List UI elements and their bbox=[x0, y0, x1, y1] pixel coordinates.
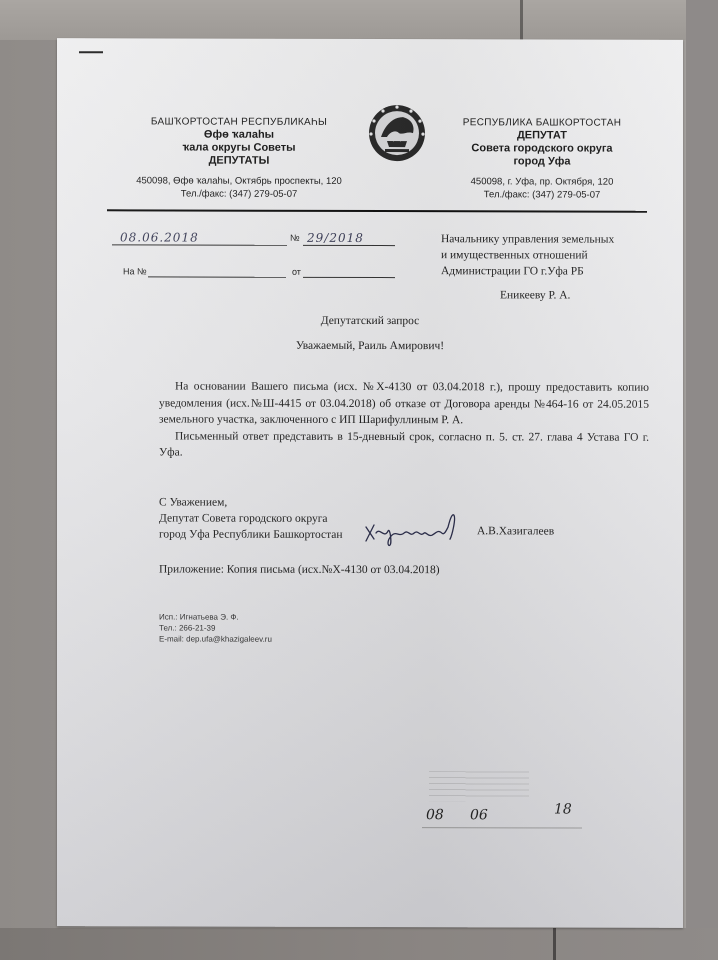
closing: С Уважением, bbox=[159, 494, 343, 510]
registration-date-field: 08.06.2018 bbox=[112, 230, 287, 245]
background-seam bbox=[520, 0, 523, 40]
addressee-line: Начальнику управления земельных bbox=[441, 231, 661, 248]
background-seam bbox=[553, 928, 556, 960]
letterhead-left-address: 450098, Өфө ҡалаһы, Октябрь проспекты, 1… bbox=[129, 174, 349, 188]
reply-to-label: На № bbox=[123, 266, 147, 276]
letter-title: Депутатский запрос bbox=[57, 314, 683, 328]
registration-number-handwritten: 29/2018 bbox=[307, 231, 364, 245]
received-day: 08 bbox=[426, 807, 444, 823]
letter-greeting: Уважаемый, Раиль Амирович! bbox=[57, 339, 683, 353]
reply-to-field bbox=[148, 276, 286, 277]
faint-stamp bbox=[429, 771, 529, 801]
registration-number-field: 29/2018 bbox=[303, 231, 395, 246]
received-date: 08 06 18 bbox=[422, 805, 602, 831]
executor-phone: Тел.: 266-21-39 bbox=[159, 622, 272, 633]
received-date-underline bbox=[422, 827, 582, 828]
letterhead-left-city: Өфө ҡалаһы bbox=[129, 128, 349, 142]
signer-title-1: Депутат Совета городского округа bbox=[159, 510, 343, 526]
executor-email: E-mail: dep.ufa@khazigaleev.ru bbox=[159, 633, 272, 644]
letterhead-right-republic: РЕСПУБЛИКА БАШКОРТОСТАН bbox=[457, 116, 627, 129]
from-field bbox=[303, 277, 395, 278]
letterhead-right-city: город Уфа bbox=[457, 155, 627, 168]
addressee-line: и имущественных отношений bbox=[441, 247, 661, 264]
background-top bbox=[0, 0, 718, 40]
from-label: от bbox=[292, 267, 301, 277]
letterhead-right-council: Совета городского округа bbox=[457, 142, 627, 155]
letter-page: БАШҠОРТОСТАН РЕСПУБЛИКАҺЫ Өфө ҡалаһы ҡал… bbox=[57, 38, 683, 928]
letterhead-right: РЕСПУБЛИКА БАШКОРТОСТАН ДЕПУТАТ Совета г… bbox=[457, 116, 627, 201]
received-month: 06 bbox=[470, 807, 488, 823]
signer-title-2: город Уфа Республики Башкортостан bbox=[159, 526, 343, 542]
appendix: Приложение: Копия письма (исх.№Х-4130 от… bbox=[159, 563, 440, 576]
letterhead-right-address: 450098, г. Уфа, пр. Октября, 120 bbox=[457, 175, 627, 188]
letterhead-left-deputy: ДЕПУТАТЫ bbox=[129, 154, 349, 168]
letterhead-left-council: ҡала округы Советы bbox=[129, 141, 349, 155]
letter-paragraph: На основании Вашего письма (исх. №Х-4130… bbox=[159, 378, 649, 429]
signature-block: С Уважением, Депутат Совета городского о… bbox=[159, 494, 343, 542]
registration-number-label: № bbox=[290, 233, 300, 243]
executor-name: Исп.: Игнатьева Э. Ф. bbox=[159, 611, 272, 622]
received-year: 18 bbox=[554, 801, 572, 817]
letterhead-left: БАШҠОРТОСТАН РЕСПУБЛИКАҺЫ Өфө ҡалаһы ҡал… bbox=[129, 115, 349, 201]
executor-block: Исп.: Игнатьева Э. Ф. Тел.: 266-21-39 E-… bbox=[159, 611, 272, 644]
letter-paragraph: Письменный ответ представить в 15-дневны… bbox=[159, 428, 649, 462]
letterhead-left-republic: БАШҠОРТОСТАН РЕСПУБЛИКАҺЫ bbox=[129, 115, 349, 129]
addressee-block: Начальнику управления земельных и имущес… bbox=[441, 231, 661, 280]
letter-body: На основании Вашего письма (исх. №Х-4130… bbox=[159, 378, 649, 462]
handwritten-signature-icon bbox=[362, 509, 462, 549]
letterhead-left-phone: Тел./факс: (347) 279-05-07 bbox=[129, 187, 349, 201]
letterhead-divider bbox=[107, 209, 647, 212]
coat-of-arms-bashkortostan-icon bbox=[367, 103, 427, 163]
letterhead-right-deputy: ДЕПУТАТ bbox=[457, 129, 627, 142]
background-bottom bbox=[0, 928, 718, 960]
addressee-line: Администрации ГО г.Уфа РБ bbox=[441, 263, 661, 280]
background-right bbox=[686, 0, 718, 960]
corner-mark bbox=[79, 51, 103, 53]
signer-name: А.В.Хазигалеев bbox=[477, 525, 554, 537]
letterhead-right-phone: Тел./факс: (347) 279-05-07 bbox=[457, 188, 627, 201]
registration-date-handwritten: 08.06.2018 bbox=[120, 230, 199, 244]
addressee-name: Еникееву Р. А. bbox=[500, 289, 570, 301]
